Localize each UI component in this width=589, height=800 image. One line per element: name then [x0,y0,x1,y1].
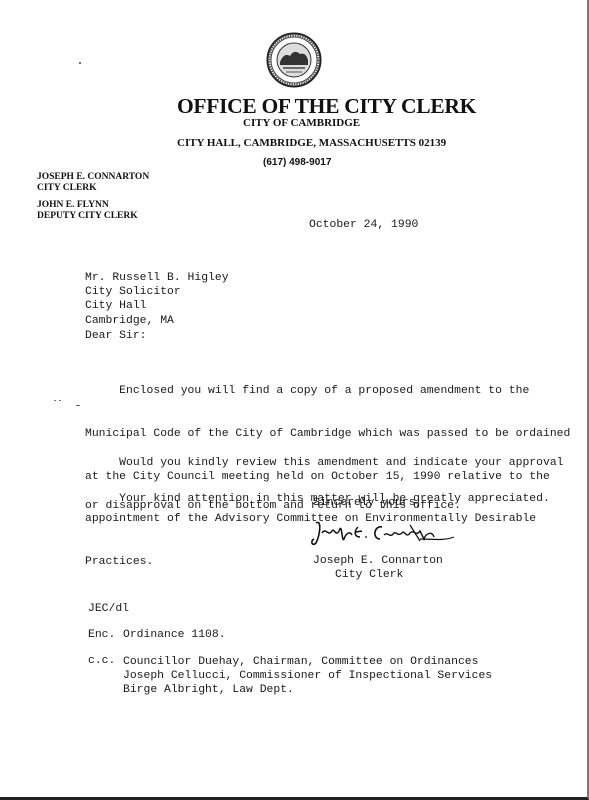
cc-recipient: Joseph Cellucci, Commissioner of Inspect… [123,669,492,683]
scan-speck [79,62,81,64]
signer-title: City Clerk [335,569,403,581]
recipient-line: Cambridge, MA [85,314,229,328]
enclosure-label: Enc. [88,629,115,641]
recipient-line: City Hall [85,299,229,313]
body-line: Enclosed you will find a copy of a propo… [85,384,570,398]
cc-list: Councillor Duehay, Chairman, Committee o… [123,655,492,698]
office-address: CITY HALL, CAMBRIDGE, MASSACHUSETTS 0213… [177,137,446,149]
cc-recipient: Councillor Duehay, Chairman, Committee o… [123,655,492,669]
scan-speck [59,400,61,401]
letter-date: October 24, 1990 [309,219,418,231]
office-phone: (617) 498-9017 [263,157,331,168]
typist-initials: JEC/dl [88,603,129,615]
scan-speck [76,405,80,406]
scan-speck [54,400,56,401]
staff-title: DEPUTY CITY CLERK [37,211,138,222]
cc-label: c.c. [88,655,115,667]
staff-name: JOHN E. FLYNN [37,200,138,211]
recipient-line: City Solicitor [85,285,229,299]
signer-name: Joseph E. Connarton [313,555,443,567]
city-name: CITY OF CAMBRIDGE [243,117,360,129]
complimentary-close: Sincerely yours, [313,497,422,509]
salutation: Dear Sir: [85,330,147,342]
handwritten-signature-icon [308,517,458,549]
enclosure-value: Ordinance 1108. [123,629,226,641]
staff-name: JOSEPH E. CONNARTON [37,172,149,183]
city-seal-icon [266,32,322,88]
recipient-address: Mr. Russell B. Higley City Solicitor Cit… [85,271,229,328]
letter-page: OFFICE OF THE CITY CLERK CITY OF CAMBRID… [0,0,589,800]
staff-title: CITY CLERK [37,183,149,194]
staff-clerk: JOSEPH E. CONNARTON CITY CLERK [37,172,149,194]
cc-recipient: Birge Albright, Law Dept. [123,683,492,697]
staff-deputy: JOHN E. FLYNN DEPUTY CITY CLERK [37,200,138,222]
office-title: OFFICE OF THE CITY CLERK [177,94,476,119]
recipient-line: Mr. Russell B. Higley [85,271,229,285]
